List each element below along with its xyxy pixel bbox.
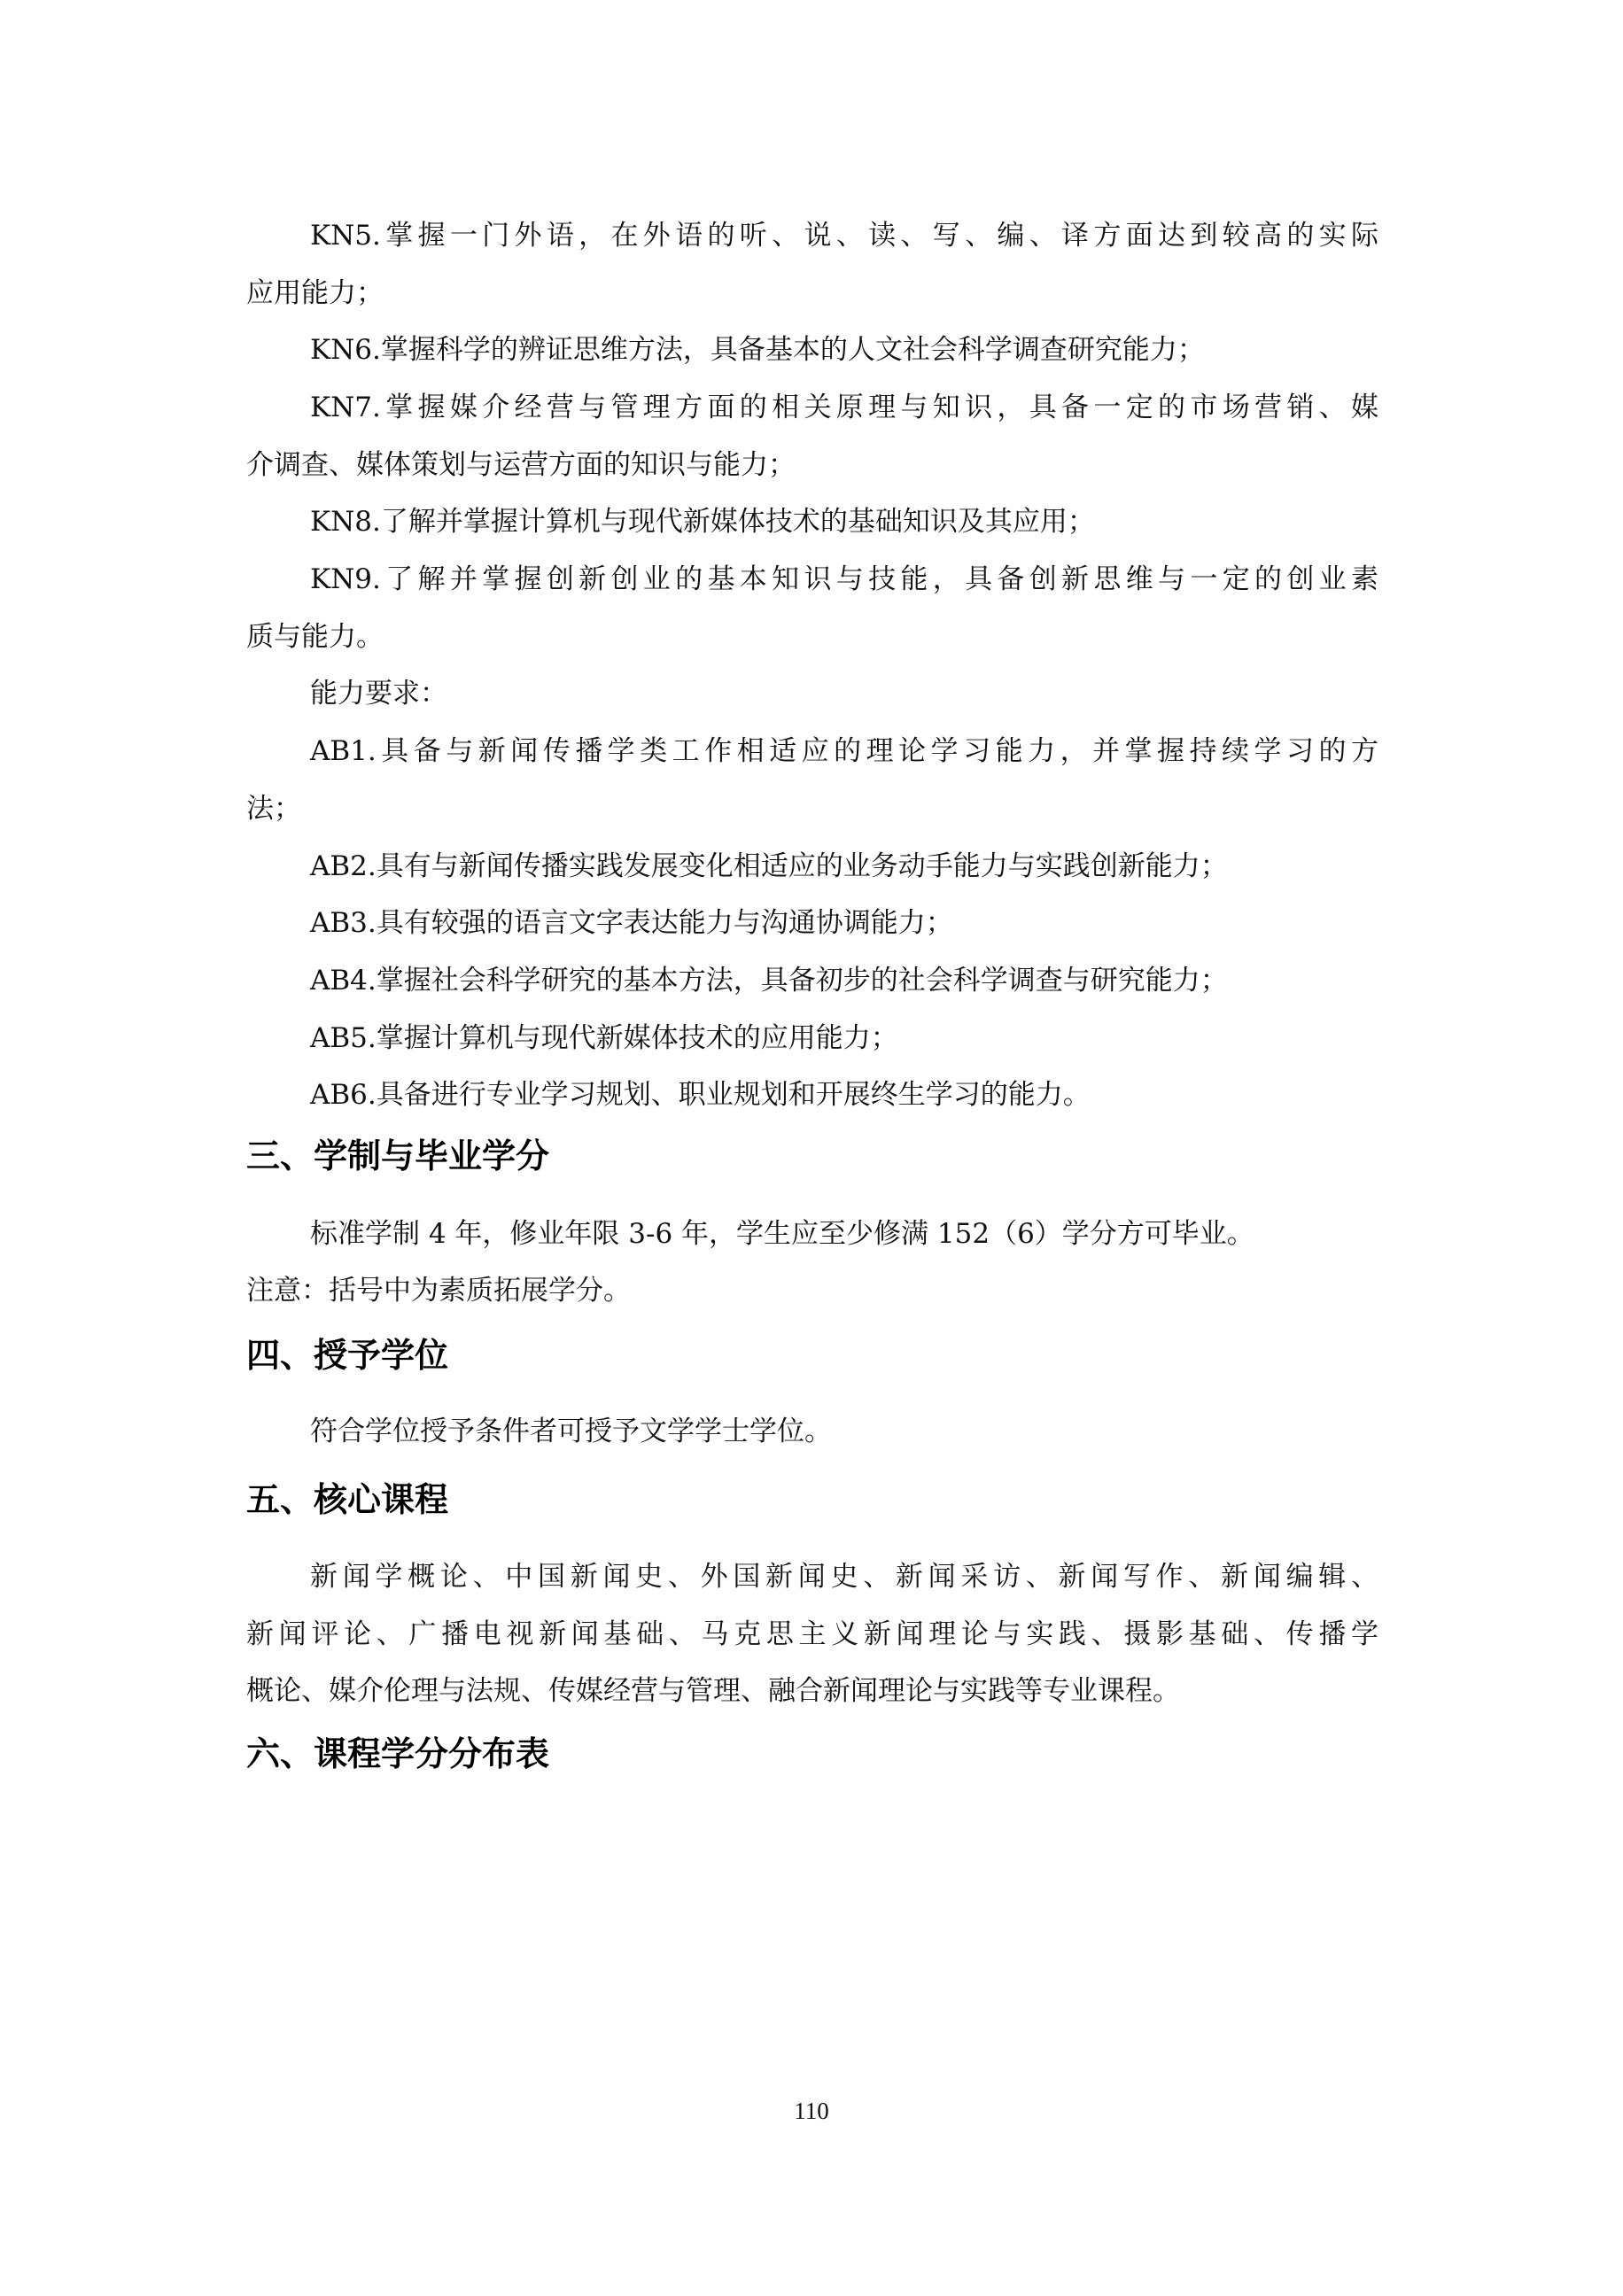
knowledge-item-kn6: KN6.掌握科学的辨证思维方法，具备基本的人文社会科学调查研究能力； [246,322,1378,378]
section-heading-core-courses: 五、核心课程 [246,1471,448,1528]
ability-item-ab5: AB5.掌握计算机与现代新媒体技术的应用能力； [246,1010,1378,1067]
ability-item-ab2: AB2.具有与新闻传播实践发展变化相适应的业务动手能力与实践创新能力； [246,838,1378,895]
page-number: 110 [0,2095,1623,2127]
knowledge-item-kn9-line-2: 质与能力。 [246,609,1378,665]
section-degree-text: 符合学位授予条件者可授予文学学士学位。 [246,1403,1378,1460]
section-duration-credits-note: 注意：括号中为素质拓展学分。 [246,1262,1378,1319]
document-page: KN5.掌握一门外语，在外语的听、说、读、写、编、译方面达到较高的实际 应用能力… [0,0,1623,2296]
section-core-courses-line-2: 新闻评论、广播电视新闻基础、马克思主义新闻理论与实践、摄影基础、传播学 [246,1606,1378,1663]
ability-item-ab4: AB4.掌握社会科学研究的基本方法，具备初步的社会科学调查与研究能力； [246,952,1378,1009]
ability-requirements-label: 能力要求： [246,665,1378,722]
section-heading-degree: 四、授予学位 [246,1327,448,1384]
knowledge-item-kn5-line-1: KN5.掌握一门外语，在外语的听、说、读、写、编、译方面达到较高的实际 [246,207,1378,264]
section-core-courses-line-3: 概论、媒介伦理与法规、传媒经营与管理、融合新闻理论与实践等专业课程。 [246,1663,1378,1719]
knowledge-item-kn5-line-2: 应用能力； [246,265,1378,322]
ability-item-ab3: AB3.具有较强的语言文字表达能力与沟通协调能力； [246,895,1378,951]
section-heading-credit-distribution: 六、课程学分分布表 [246,1726,549,1782]
ability-item-ab1-line-1: AB1.具备与新闻传播学类工作相适应的理论学习能力，并掌握持续学习的方 [246,723,1378,780]
knowledge-item-kn8: KN8.了解并掌握计算机与现代新媒体技术的基础知识及其应用； [246,493,1378,550]
section-duration-credits-line-1: 标准学制 4 年，修业年限 3-6 年，学生应至少修满 152（6）学分方可毕业… [246,1206,1378,1262]
knowledge-item-kn7-line-1: KN7.掌握媒介经营与管理方面的相关原理与知识，具备一定的市场营销、媒 [246,379,1378,436]
section-core-courses-line-1: 新闻学概论、中国新闻史、外国新闻史、新闻采访、新闻写作、新闻编辑、 [246,1548,1378,1605]
ability-item-ab6: AB6.具备进行专业学习规划、职业规划和开展终生学习的能力。 [246,1067,1378,1123]
section-heading-duration-credits: 三、学制与毕业学分 [246,1128,549,1184]
knowledge-item-kn9-line-1: KN9.了解并掌握创新创业的基本知识与技能，具备创新思维与一定的创业素 [246,551,1378,608]
ability-item-ab1-line-2: 法； [246,780,1378,837]
knowledge-item-kn7-line-2: 介调查、媒体策划与运营方面的知识与能力； [246,437,1378,493]
